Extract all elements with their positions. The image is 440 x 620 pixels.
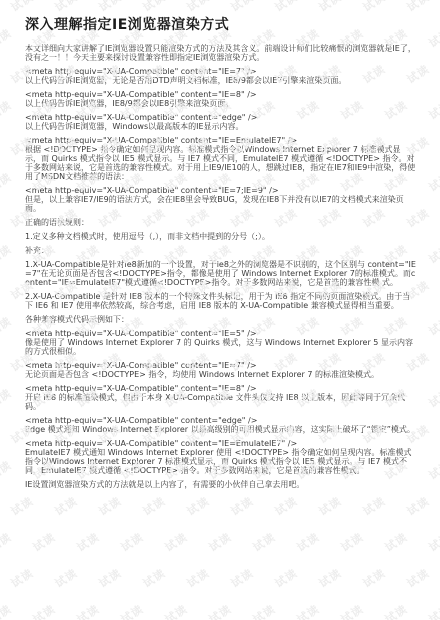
code-line: <meta http-equiv="X-UA-Compatible" conte… xyxy=(25,384,416,393)
code-block: <meta http-equiv="X-UA-Compatible" conte… xyxy=(25,384,416,411)
code-description: EmulateIE7 模式通知 Windows Internet Explore… xyxy=(25,448,416,475)
code-block: <meta http-equiv="X-UA-Compatible" conte… xyxy=(25,67,416,85)
code-block: <meta http-equiv="X-UA-Compatible" conte… xyxy=(25,361,416,379)
code-block: <meta http-equiv="X-UA-Compatible" conte… xyxy=(25,113,416,131)
code-block: <meta http-equiv="X-UA-Compatible" conte… xyxy=(25,416,416,434)
intro-paragraph: 本文详细向大家讲解了IE浏览器设置只能渲染方式的方法及其含义。前端设计师们比较痛… xyxy=(25,44,416,62)
code-line: <meta http-equiv="X-UA-Compatible" conte… xyxy=(25,439,416,448)
code-block: <meta http-equiv="X-UA-Compatible" conte… xyxy=(25,136,416,181)
code-description: 根据 <!DOCTYPE> 指令确定如何呈现内容。标准模式指令以Windows … xyxy=(25,145,416,181)
paragraph: IE设置浏览器渲染方式的方法就是以上内容了，有需要的小伙伴自己拿去用吧。 xyxy=(25,480,416,489)
code-block: <meta http-equiv="X-UA-Compatible" conte… xyxy=(25,439,416,475)
code-line: <meta http-equiv="X-UA-Compatible" conte… xyxy=(25,67,416,76)
code-line: <meta http-equiv="X-UA-Compatible" conte… xyxy=(25,90,416,99)
paragraph: 2.X-UA-Compatible 是针对 IE8 版本的一个特殊文件头标记，用… xyxy=(25,292,416,310)
code-description: 像是使用了 Windows Internet Explorer 7 的 Quir… xyxy=(25,338,416,356)
code-block: <meta http-equiv="X-UA-Compatible" conte… xyxy=(25,186,416,213)
page-title: 深入理解指定IE浏览器渲染方式 xyxy=(25,14,416,34)
code-description: Edge 模式通知 Windows Internet Explorer 以最高级… xyxy=(25,425,416,434)
code-description: 无论页面是否包含 <!DOCTYPE> 指令，均使用 Windows Inter… xyxy=(25,370,416,379)
code-description: 以上代码告诉IE浏览器，IE8/9都会以IE8引擎来渲染页面。 xyxy=(25,99,416,108)
code-line: <meta http-equiv="X-UA-Compatible" conte… xyxy=(25,416,416,425)
code-line: <meta http-equiv="X-UA-Compatible" conte… xyxy=(25,361,416,370)
paragraph: 正确的语法规则： xyxy=(25,218,416,227)
code-line: <meta http-equiv="X-UA-Compatible" conte… xyxy=(25,113,416,122)
paragraph: 1.X-UA-Compatible是针对ie8新加的一个设置，对于ie8之外的浏… xyxy=(25,260,416,287)
code-block: <meta http-equiv="X-UA-Compatible" conte… xyxy=(25,90,416,108)
code-description: 以上代码告诉IE浏览器，Windows以最高版本的IE显示内容。 xyxy=(25,122,416,131)
document-page: 深入理解指定IE浏览器渲染方式 本文详细向大家讲解了IE浏览器设置只能渲染方式的… xyxy=(0,0,440,620)
code-line: <meta http-equiv="X-UA-Compatible" conte… xyxy=(25,329,416,338)
code-line: <meta http-equiv="X-UA-Compatible" conte… xyxy=(25,186,416,195)
code-description: 开启 IE8 的标准渲染模式，但由于本身 X-UA-Compatible 文件头… xyxy=(25,393,416,411)
document-body: <meta http-equiv="X-UA-Compatible" conte… xyxy=(25,67,416,489)
code-block: <meta http-equiv="X-UA-Compatible" conte… xyxy=(25,329,416,356)
code-line: <meta http-equiv="X-UA-Compatible" conte… xyxy=(25,136,416,145)
paragraph: 各种兼容模式代码示例如下： xyxy=(25,315,416,324)
code-description: 但是，以上兼容IE7/IE9的语法方式，会在IE8里会导致BUG，发现在IE8下… xyxy=(25,195,416,213)
code-description: 以上代码告诉IE浏览器，无论是否用DTD声明文档标准，IE8/9都会以IE7引擎… xyxy=(25,76,416,85)
paragraph: 补充： xyxy=(25,246,416,255)
paragraph: 1.定义多种文档模式时，使用逗号（,），而非文档中提到的分号（;）。 xyxy=(25,232,416,241)
